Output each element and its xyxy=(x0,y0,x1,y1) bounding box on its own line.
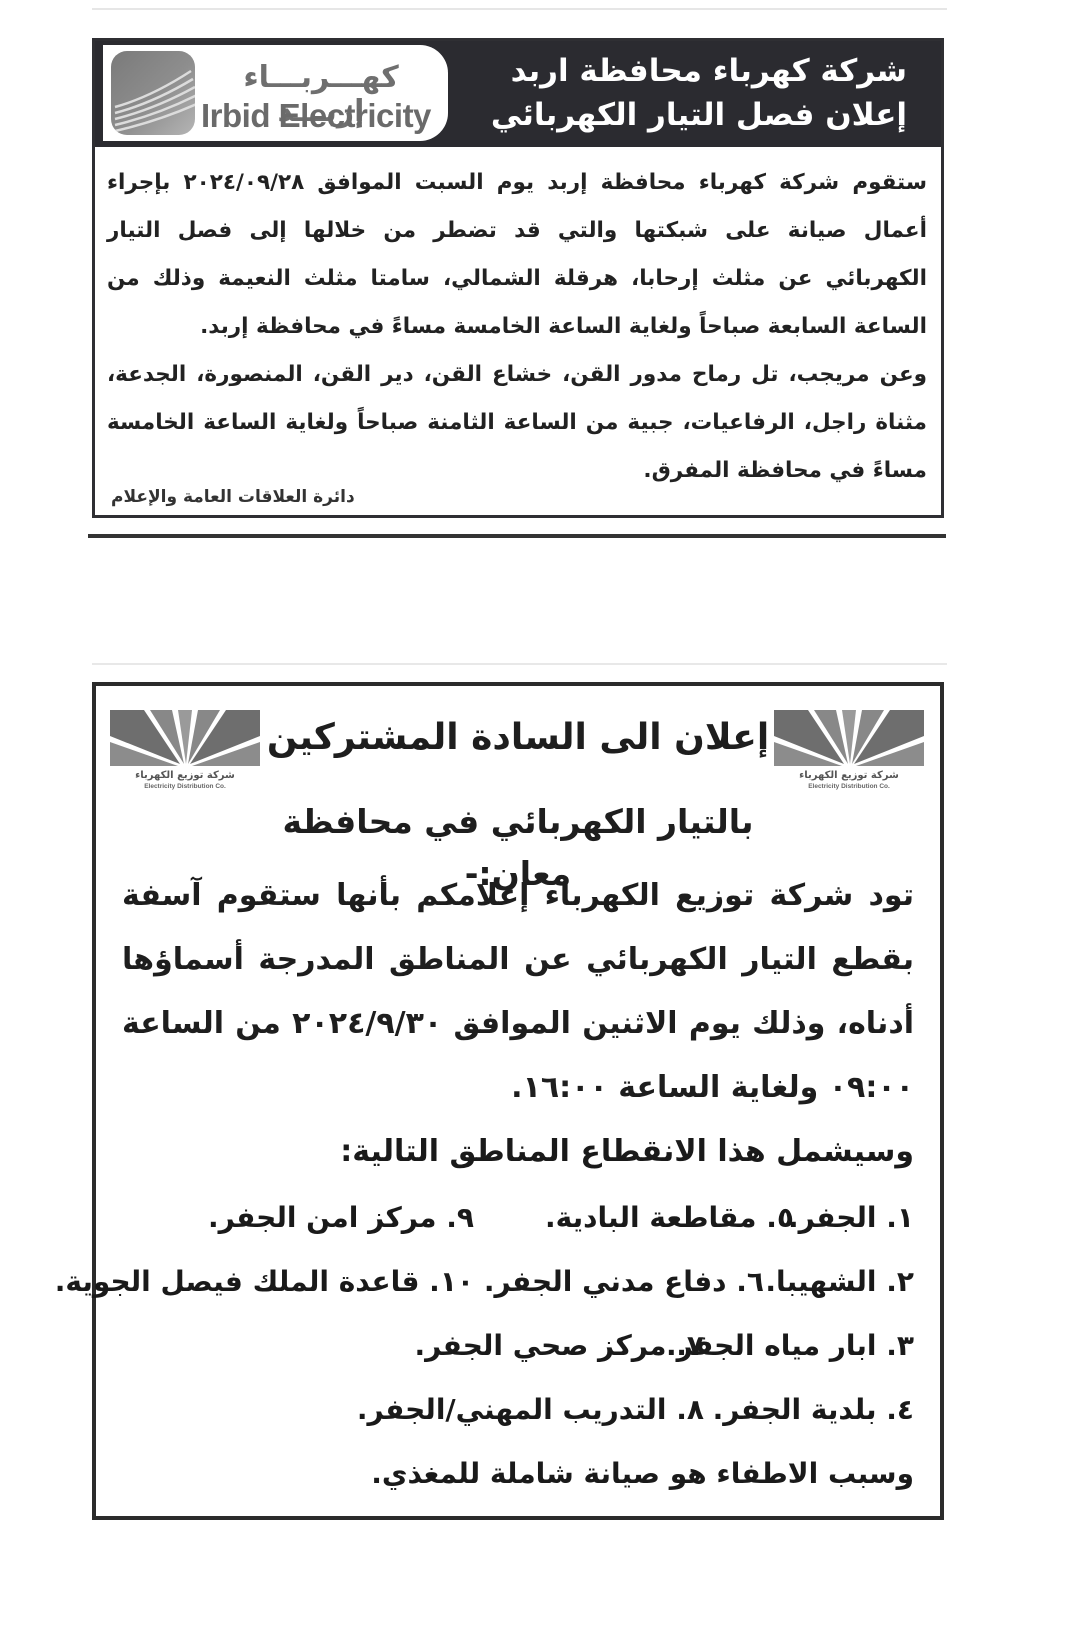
announcement-title: إعلان الى السادة المشتركين xyxy=(266,710,770,766)
list-item: ١. الجفر. ٥. مقاطعة البادية. ٩. مركز امن… xyxy=(122,1186,914,1250)
section-divider xyxy=(88,534,946,538)
edco-logo-english: Electricity Distribution Co. xyxy=(774,782,924,791)
area-item: ٢. الشهيبا. xyxy=(765,1250,914,1314)
edco-logo-english: Electricity Distribution Co. xyxy=(110,782,260,791)
logo-english-text: Irbid Electricity xyxy=(201,97,445,135)
irbid-electricity-logo: كهـــربـــاء إربـــد Irbid Electricity xyxy=(103,45,448,141)
area-item: ٧. مركز صحي الجفر. xyxy=(415,1314,705,1378)
edco-sunburst-icon xyxy=(110,706,260,768)
area-item: ٨. التدريب المهني/الجفر. xyxy=(357,1378,704,1442)
area-item: ٤. بلدية الجفر. xyxy=(713,1378,914,1442)
body-paragraph-irbid: ستقوم شركة كهرباء محافظة إربد يوم السبت … xyxy=(107,159,927,351)
list-item: ٢. الشهيبا. ٦. دفاع مدني الجفر. ١٠. قاعد… xyxy=(122,1250,914,1314)
list-item: ٣. ابار مياه الجفر. ٧. مركز صحي الجفر. xyxy=(122,1314,914,1378)
announcement-body: تود شركة توزيع الكهرباء إعلامكم بأنها ست… xyxy=(122,864,914,1120)
area-item: ٦. دفاع مدني الجفر. xyxy=(484,1250,764,1314)
affected-areas-list: ١. الجفر. ٥. مقاطعة البادية. ٩. مركز امن… xyxy=(122,1186,914,1442)
signature-department: دائرة العلاقات العامة والإعلام xyxy=(111,487,355,507)
edco-sunburst-icon xyxy=(774,706,924,768)
announcement-header: كهـــربـــاء إربـــد Irbid Electricity ش… xyxy=(95,41,941,147)
title-company: شركة كهرباء محافظة اربد xyxy=(467,49,907,93)
body-paragraph-mafraq: وعن مريجب، تل رماح مدور القن، خشاع القن،… xyxy=(107,351,927,495)
edco-logo-left: شركة توزيع الكهرباء Electricity Distribu… xyxy=(110,706,260,796)
areas-intro: وسيشمل هذا الانقطاع المناطق التالية: xyxy=(340,1120,914,1184)
top-divider xyxy=(92,8,947,10)
section-divider-light xyxy=(92,663,947,665)
announcement-body: ستقوم شركة كهرباء محافظة إربد يوم السبت … xyxy=(107,159,927,495)
irbid-electricity-announcement: كهـــربـــاء إربـــد Irbid Electricity ش… xyxy=(92,38,944,518)
irbid-logo-mark-icon xyxy=(111,51,195,135)
area-item: ٥. مقاطعة البادية. xyxy=(545,1186,794,1250)
list-item: ٤. بلدية الجفر. ٨. التدريب المهني/الجفر. xyxy=(122,1378,914,1442)
edco-logo-arabic: شركة توزيع الكهرباء xyxy=(774,770,924,782)
edco-announcement: شركة توزيع الكهرباء Electricity Distribu… xyxy=(92,682,944,1520)
announcement-title: شركة كهرباء محافظة اربد إعلان فصل التيار… xyxy=(467,49,907,137)
area-item: ١. الجفر. xyxy=(788,1186,914,1250)
edco-logo-right: شركة توزيع الكهرباء Electricity Distribu… xyxy=(774,706,924,796)
edco-logo-arabic: شركة توزيع الكهرباء xyxy=(110,770,260,782)
area-item: ٩. مركز امن الجفر. xyxy=(208,1186,474,1250)
outage-reason: وسبب الاطفاء هو صيانة شاملة للمغذي. xyxy=(371,1442,914,1506)
title-subject: إعلان فصل التيار الكهربائي xyxy=(467,93,907,137)
body-paragraph: تود شركة توزيع الكهرباء إعلامكم بأنها ست… xyxy=(122,864,914,1120)
area-item: ١٠. قاعدة الملك فيصل الجوية. xyxy=(55,1250,474,1314)
